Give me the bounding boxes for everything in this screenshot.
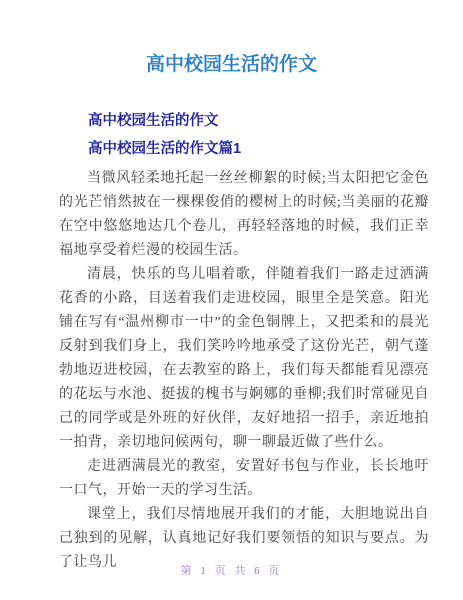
document-page: 高中校园生活的作文 高中校园生活的作文 高中校园生活的作文篇1 当微风轻柔地托起…	[0, 0, 463, 600]
section-heading: 高中校园生活的作文篇1	[59, 139, 429, 159]
page-title: 高中校园生活的作文	[0, 52, 463, 78]
essay-body: 当微风轻柔地托起一丝丝柳絮的时候;当太阳把它金色的光芒悄然披在一棵棵俊俏的樱树上…	[59, 167, 429, 575]
repeat-title-heading: 高中校园生活的作文	[59, 111, 429, 131]
paragraph: 清晨，快乐的鸟儿唱着歌，伴随着我们一路走过洒满花香的小路，目送着我们走进校园，眼…	[59, 263, 429, 455]
paragraph: 当微风轻柔地托起一丝丝柳絮的时候;当太阳把它金色的光芒悄然披在一棵棵俊俏的樱树上…	[59, 167, 429, 263]
paragraph: 走进洒满晨光的教室，安置好书包与作业，长长地吁一口气，开始一天的学习生活。	[59, 455, 429, 503]
page-number-footer: 第 1 页 共 6 页	[0, 562, 463, 578]
document-content: 高中校园生活的作文 高中校园生活的作文篇1 当微风轻柔地托起一丝丝柳絮的时候;当…	[59, 111, 429, 575]
